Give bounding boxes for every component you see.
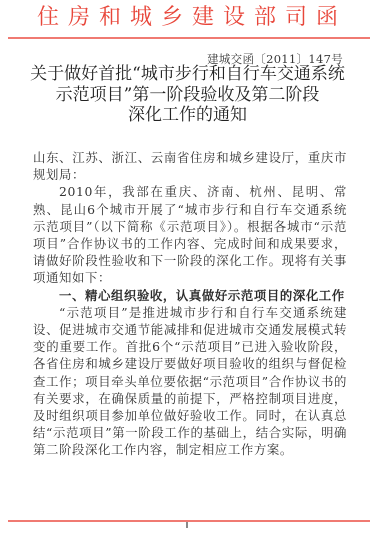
paragraph-section-1: “示范项目”是推进城市步行和自行车交通系统建设、促进城市交通节能减排和促进城市交… [33,304,347,459]
footer-red-rule [8,520,370,522]
header-red-rule [8,37,370,39]
paragraph-intro: 2010年，我部在重庆、济南、杭州、昆明、常熟、昆山6个城市开展了“城市步行和自… [33,183,347,286]
document-title: 关于做好首批“城市步行和自行车交通系统 示范项目”第一阶段验收及第二阶段 深化工… [0,64,375,126]
document-body: 山东、江苏、浙江、云南省住房和城乡建设厅，重庆市规划局： 2010年，我部在重庆… [33,149,347,459]
title-line-2: 示范项目”第一阶段验收及第二阶段 [0,85,375,106]
title-line-1: 关于做好首批“城市步行和自行车交通系统 [0,64,375,85]
page-number [186,522,188,528]
letterhead: 住房和城乡建设部司函 [0,4,375,32]
title-line-3: 深化工作的通知 [0,105,375,126]
addressees: 山东、江苏、浙江、云南省住房和城乡建设厅，重庆市规划局： [33,149,347,183]
section-heading-1: 一、精心组织验收，认真做好示范项目的深化工作 [33,287,347,304]
